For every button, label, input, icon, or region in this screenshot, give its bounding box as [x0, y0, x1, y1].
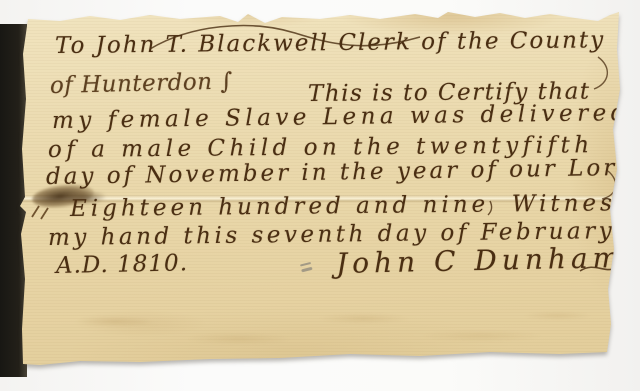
- signature: John C Dunham: [336, 241, 625, 280]
- document-line: my female Slave Lena was delivered: [52, 100, 630, 134]
- document-line: To John T. Blackwell Clerk of the County: [55, 27, 605, 59]
- pen-tick-marks: [32, 206, 48, 219]
- document-line: Eighteen hundred and nine Witness: [70, 190, 632, 222]
- paper: To John T. Blackwell Clerk of the County…: [20, 9, 620, 366]
- bleed-through-stain: [50, 304, 590, 362]
- pencil-mark: [300, 262, 314, 275]
- document-line: A.D. 1810.: [56, 250, 189, 279]
- photo-background: To John T. Blackwell Clerk of the County…: [0, 0, 640, 391]
- document-line: of Hunterdon ∫: [50, 69, 233, 99]
- flourish-county-tail: [594, 57, 607, 89]
